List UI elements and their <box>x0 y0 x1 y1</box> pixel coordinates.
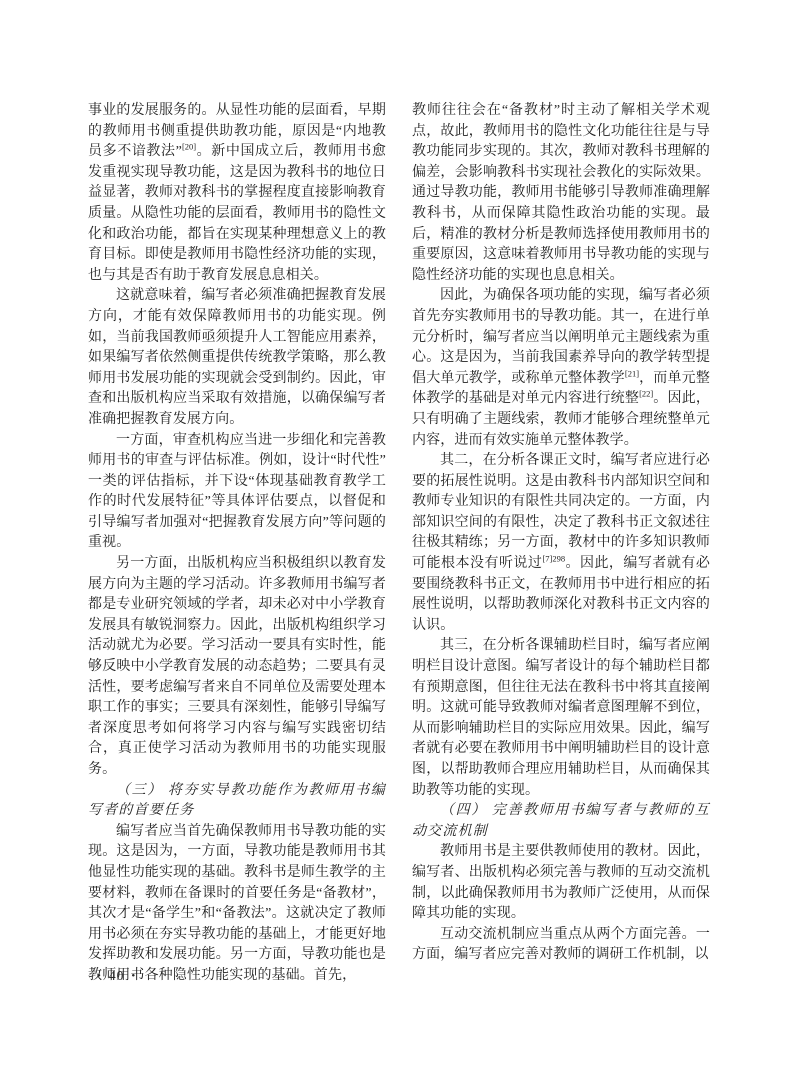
citation-superscript: [22] <box>639 389 653 399</box>
paragraph: 另一方面，出版机构应当积极组织以教育发展方向为主题的学习活动。许多教师用书编写者… <box>88 554 386 781</box>
paragraph: 这就意味着，编写者必须准确把握教育发展方向，才能有效保障教师用书的功能实现。例如… <box>88 286 386 430</box>
paragraph: 互动交流机制应当重点从两个方面完善。一方面，编写者应完善对教师的调研工作机制，以 <box>412 925 710 966</box>
page-footer: •40• <box>90 968 143 984</box>
citation-superscript: [21] <box>625 368 639 378</box>
text-column-right: 教师往往会在“备教材”时主动了解相关学术观点，故此，教师用书的隐性文化功能往往是… <box>412 101 710 966</box>
paragraph: 因此，为确保各项功能的实现，编写者必须首先夯实教师用书的导教功能。其一，在进行单… <box>412 286 710 451</box>
section-heading: （四） 完善教师用书编写者与教师的互动交流机制 <box>412 801 710 842</box>
footer-left-dot-icon: • <box>90 970 109 982</box>
section-heading: （三） 将夯实导教功能作为教师用书编写者的首要任务 <box>88 781 386 822</box>
paragraph: 教师往往会在“备教材”时主动了解相关学术观点，故此，教师用书的隐性文化功能往往是… <box>412 101 710 286</box>
footer-right-dot-icon: • <box>124 970 143 982</box>
paragraph: 编写者应当首先确保教师用书导教功能的实现。这是因为，一方面，导教功能是教师用书其… <box>88 822 386 987</box>
text-column-left: 事业的发展服务的。从显性功能的层面看，早期的教师用书侧重提供助教功能，原因是“内… <box>88 101 386 987</box>
paragraph: 一方面，审查机构应当进一步细化和完善教师用书的审查与评估标准。例如，设计“时代性… <box>88 431 386 555</box>
paragraph: 事业的发展服务的。从显性功能的层面看，早期的教师用书侧重提供助教功能，原因是“内… <box>88 101 386 286</box>
citation-superscript: [20] <box>182 142 196 152</box>
paragraph: 教师用书是主要供教师使用的教材。因此，编写者、出版机构必须完善与教师的互动交流机… <box>412 842 710 924</box>
paragraph: 其三，在分析各课辅助栏目时，编写者应阐明栏目设计意图。编写者设计的每个辅助栏目都… <box>412 636 710 801</box>
page-number: 40 <box>109 968 125 983</box>
paragraph: 其二，在分析各课正文时，编写者应进行必要的拓展性说明。这是由教科书内部知识空间和… <box>412 451 710 636</box>
document-page: 事业的发展服务的。从显性功能的层面看，早期的教师用书侧重提供助教功能，原因是“内… <box>0 0 800 1077</box>
citation-superscript: [7]298 <box>542 553 565 563</box>
